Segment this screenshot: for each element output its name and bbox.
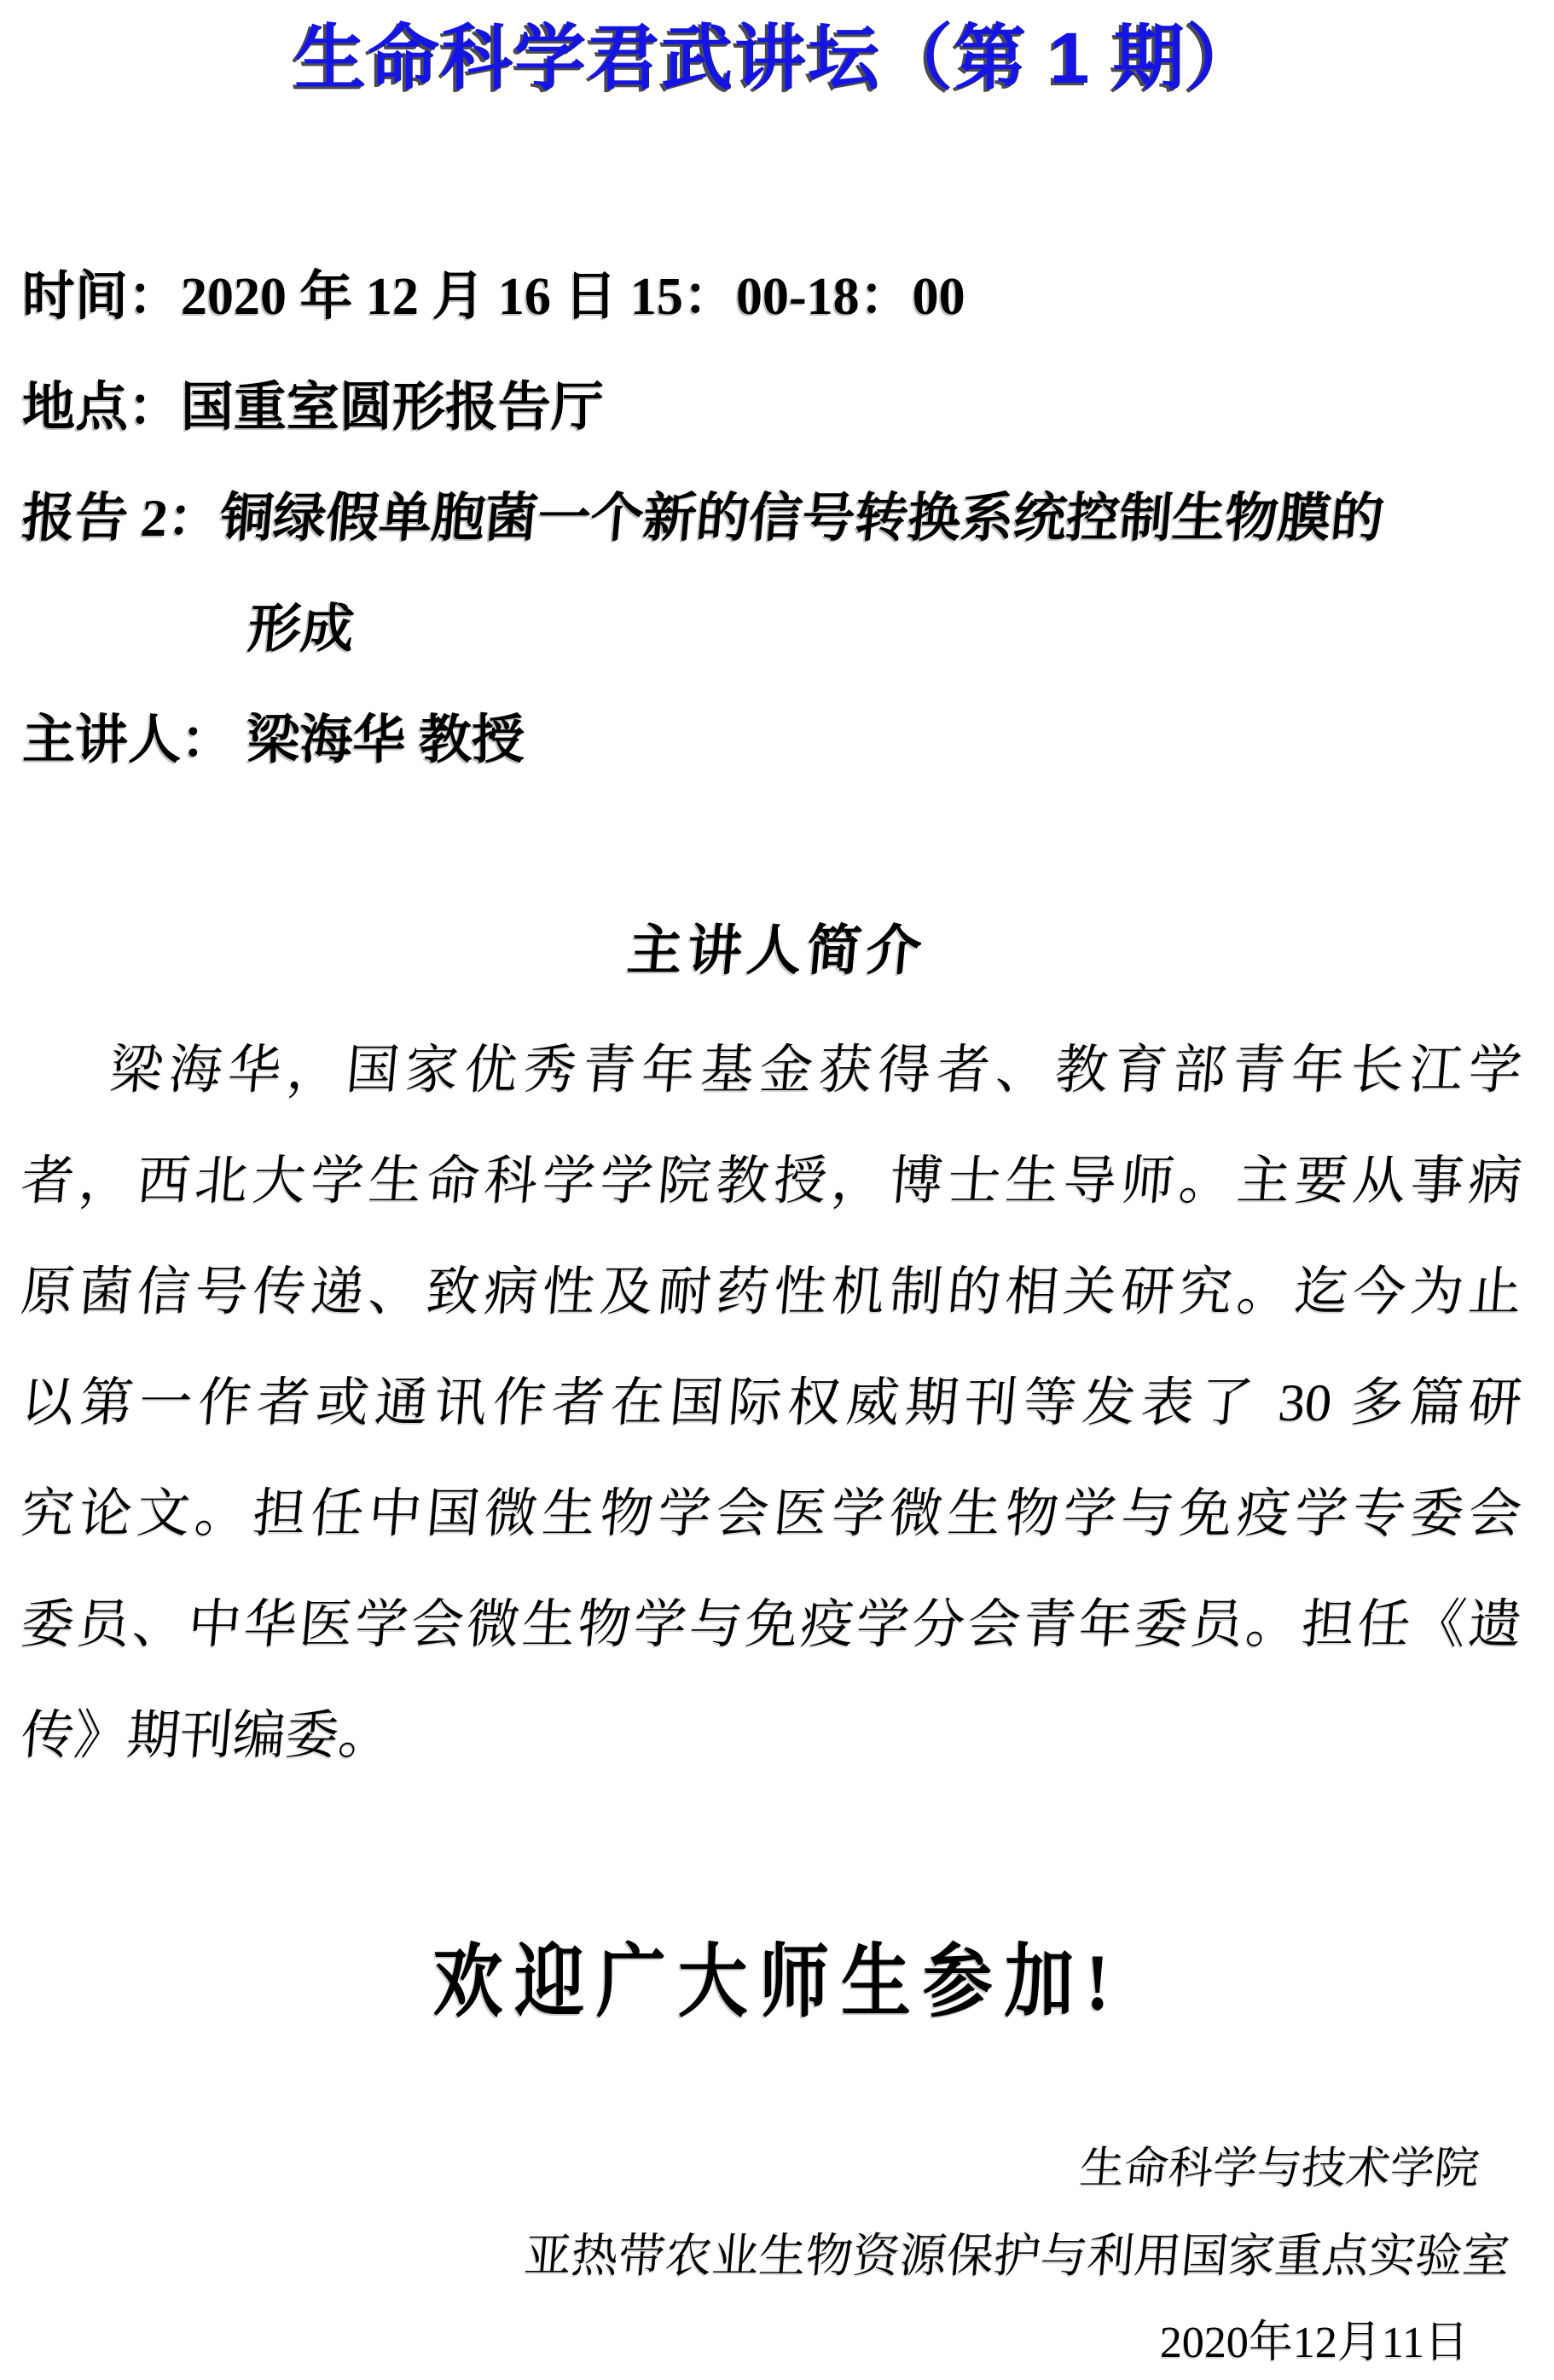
footer-org-line-1: 生命科学与技术学院 bbox=[0, 2126, 1554, 2213]
event-info-block: 时间：2020 年 12 月 16 日 15：00-18：00 地点：国重室圆形… bbox=[22, 241, 1530, 796]
event-time-line: 时间：2020 年 12 月 16 日 15：00-18：00 bbox=[22, 241, 1530, 352]
speaker-bio-paragraph: 梁海华，国家优秀青年基金获得者、教育部青年长江学 者，西北大学生命科学学院教授，… bbox=[21, 1015, 1522, 1791]
speaker-bio-heading: 主讲人简介 bbox=[0, 913, 1554, 990]
bio-line: 传》期刊编委。 bbox=[16, 1681, 1526, 1791]
bio-line: 究论文。担任中国微生物学会医学微生物学与免疫学专委会 bbox=[16, 1459, 1526, 1570]
footer-date: 2020年12月11日 bbox=[0, 2300, 1554, 2380]
bio-line: 者，西北大学生命科学学院教授，博士生导师。主要从事病 bbox=[16, 1126, 1526, 1237]
signature-block: 生命科学与技术学院 亚热带农业生物资源保护与利用国家重点实验室 2020年12月… bbox=[0, 2126, 1554, 2380]
bio-line: 委员、中华医学会微生物学与免疫学分会青年委员。担任《遗 bbox=[16, 1570, 1526, 1681]
report-title-continuation: 形成 bbox=[17, 574, 1534, 685]
document-page: { "title": "生命科学君武讲坛（第 1 期）", "info": { … bbox=[0, 0, 1554, 2380]
speaker-line: 主讲人： 梁海华 教授 bbox=[22, 685, 1530, 796]
bio-line: 梁海华，国家优秀青年基金获得者、教育部青年长江学 bbox=[16, 1015, 1526, 1126]
welcome-banner: 欢迎广大师生参加! bbox=[101, 1935, 1453, 2030]
footer-org-line-2: 亚热带农业生物资源保护与利用国家重点实验室 bbox=[0, 2213, 1554, 2300]
report-title-line: 报告 2：铜绿假单胞菌一个新的信号转换系统控制生物膜的 bbox=[17, 463, 1534, 574]
document-title: 生命科学君武讲坛（第 1 期） bbox=[0, 15, 1554, 101]
event-location-line: 地点：国重室圆形报告厅 bbox=[22, 352, 1530, 463]
bio-line: 原菌信号传递、致病性及耐药性机制的相关研究。迄今为止 bbox=[16, 1237, 1526, 1348]
bio-line: 以第一作者或通讯作者在国际权威期刊等发表了 30 多篇研 bbox=[16, 1348, 1526, 1459]
